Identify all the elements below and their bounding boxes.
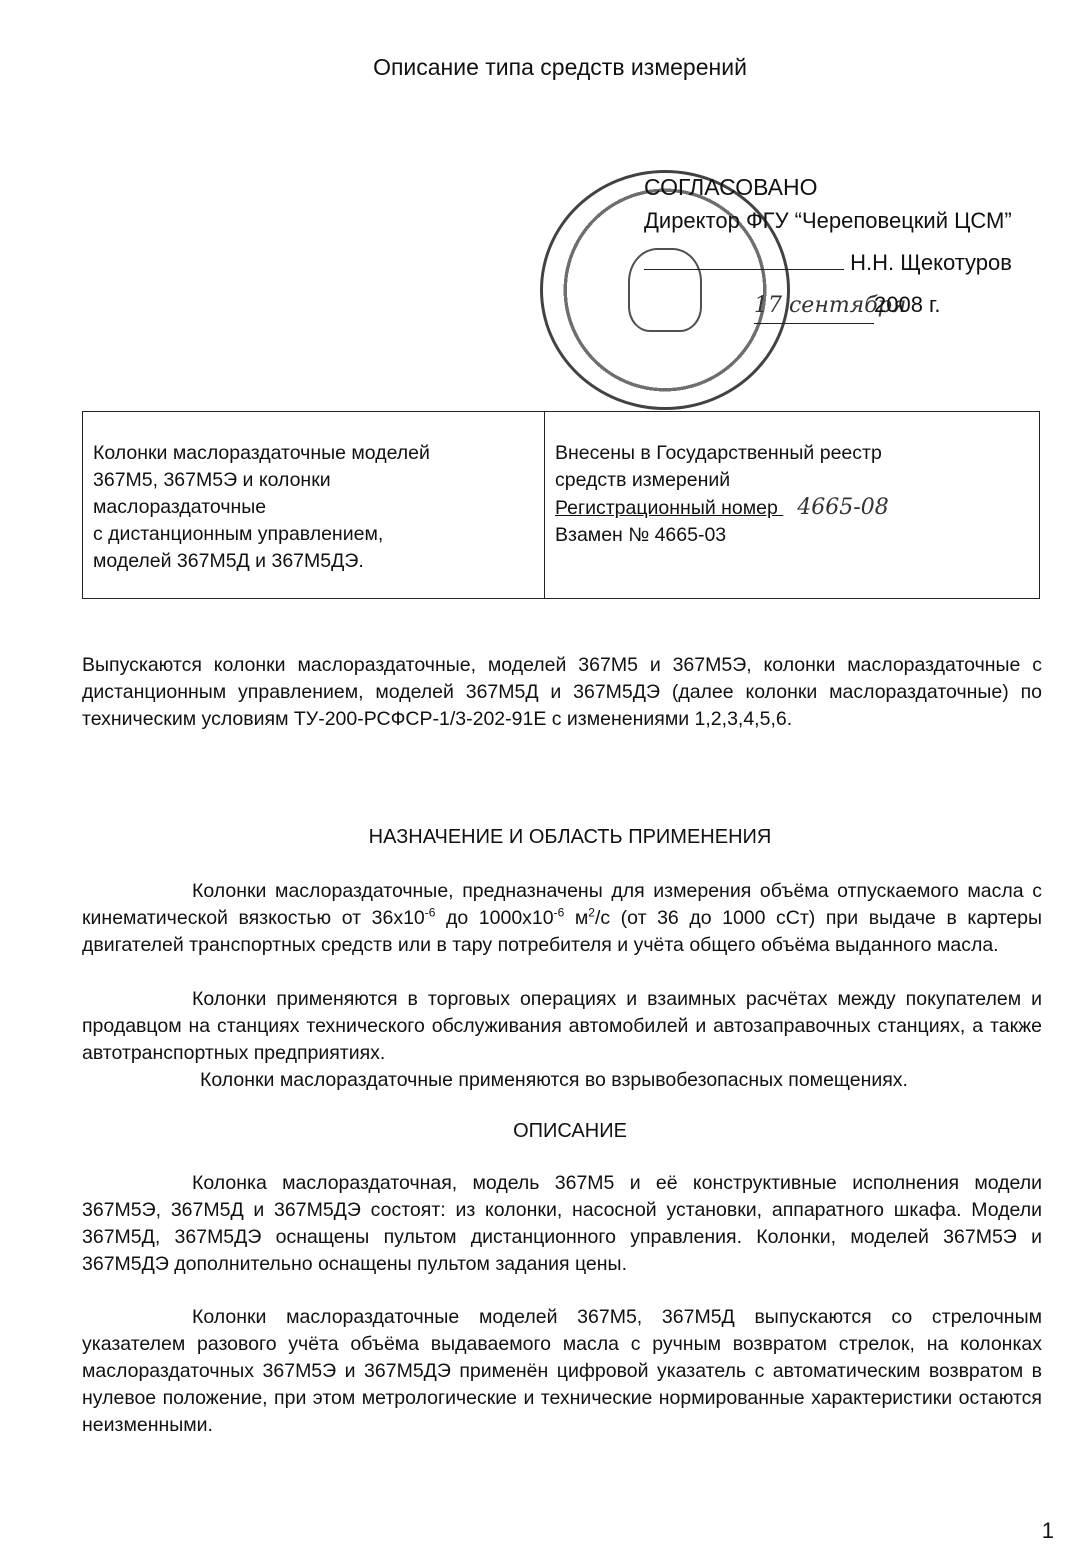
info-table-product-cell: Колонки маслораздаточные моделей 367М5, … <box>83 412 545 598</box>
registry-line-2: средств измерений <box>555 467 1029 494</box>
document-title: Описание типа средств измерений <box>0 54 1086 81</box>
intro-paragraph: Выпускаются колонки маслораздаточные, мо… <box>82 652 1042 733</box>
product-line: с дистанционным управлением, <box>93 521 534 548</box>
product-line: маслораздаточные <box>93 494 534 521</box>
product-line: 367М5, 367М5Э и колонки <box>93 467 534 494</box>
text-run: Колонка маслораздаточная, модель 367М5 и… <box>82 1172 1042 1275</box>
registration-number-handwritten: 4665-08 <box>797 495 888 520</box>
purpose-paragraph-2: Колонки применяются в торговых операциях… <box>82 986 1042 1067</box>
page-number: 1 <box>1042 1518 1054 1544</box>
approval-date-handwritten: 17 сентября <box>754 289 874 324</box>
replaces-number: Взамен № 4665-03 <box>555 522 1029 549</box>
text-run: м <box>564 907 588 929</box>
product-line: моделей 367М5Д и 367М5ДЭ. <box>93 548 534 575</box>
registry-line-1: Внесены в Государственный реестр <box>555 440 1029 467</box>
superscript: 2 <box>588 906 595 920</box>
description-paragraph-1: Колонка маслораздаточная, модель 367М5 и… <box>82 1170 1042 1278</box>
approval-position: Директор ФГУ “Череповецкий ЦСМ” <box>644 204 1012 238</box>
purpose-paragraph-1: Колонки маслораздаточные, предназначены … <box>82 878 1042 959</box>
text-run: Колонки маслораздаточные применяются во … <box>200 1069 908 1091</box>
text-run: до 1000x10 <box>435 907 553 929</box>
approval-heading: СОГЛАСОВАНО <box>644 170 1012 204</box>
approval-date-year: 2008 г. <box>874 292 941 317</box>
description-paragraph-2: Колонки маслораздаточные моделей 367М5, … <box>82 1304 1042 1439</box>
text-run: Колонки применяются в торговых операциях… <box>82 988 1042 1064</box>
text-run: Колонки маслораздаточные моделей 367М5, … <box>82 1306 1042 1436</box>
signature-line <box>644 249 844 270</box>
section-heading-purpose: НАЗНАЧЕНИЕ И ОБЛАСТЬ ПРИМЕНЕНИЯ <box>0 826 1086 849</box>
approval-block: СОГЛАСОВАНО Директор ФГУ “Череповецкий Ц… <box>644 170 1012 324</box>
purpose-paragraph-3: Колонки маслораздаточные применяются во … <box>82 1067 1042 1094</box>
product-line: Колонки маслораздаточные моделей <box>93 440 534 467</box>
approval-signatory: Н.Н. Щекотуров <box>850 250 1012 275</box>
registration-number-label: Регистрационный номер <box>555 497 783 519</box>
info-table: Колонки маслораздаточные моделей 367М5, … <box>82 411 1040 599</box>
superscript: -6 <box>554 906 565 920</box>
section-heading-description: ОПИСАНИЕ <box>0 1120 1086 1143</box>
info-table-registry-cell: Внесены в Государственный реестр средств… <box>545 412 1039 598</box>
superscript: -6 <box>425 906 436 920</box>
